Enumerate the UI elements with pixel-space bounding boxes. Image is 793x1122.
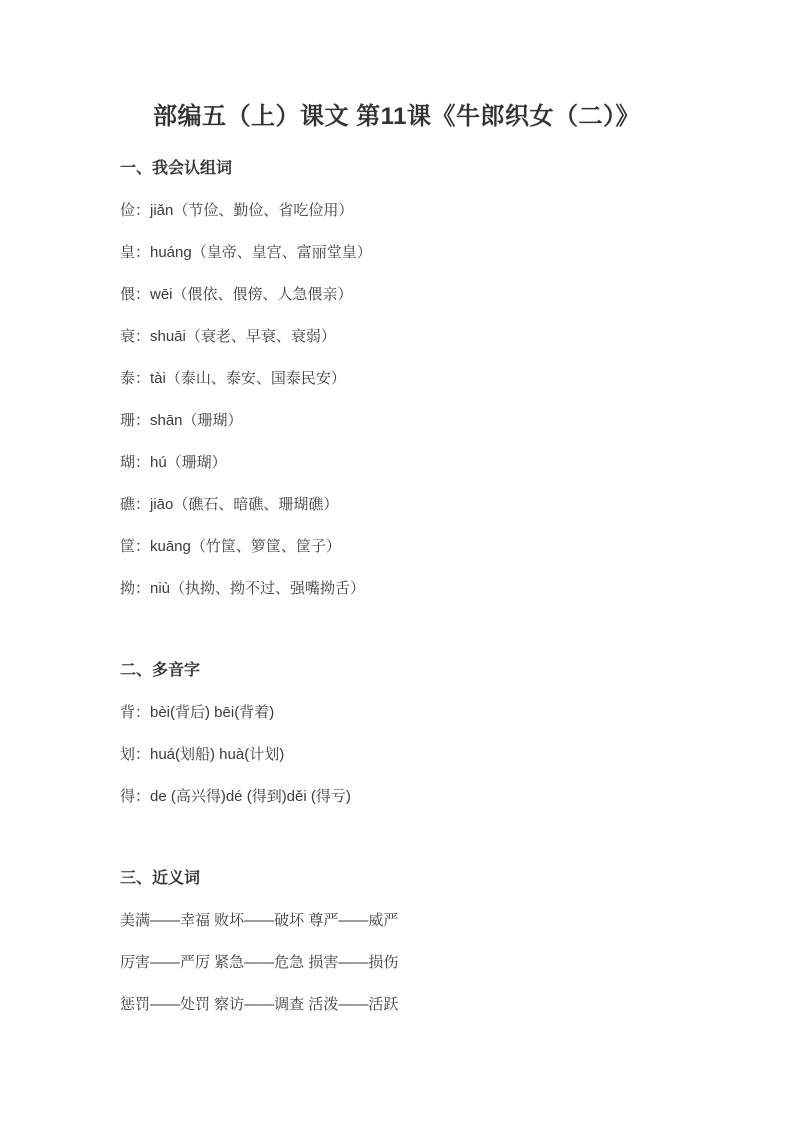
vocab-line: 瑚：hú（珊瑚） xyxy=(120,442,733,484)
synonym-line: 厉害——严厉 紧急——危急 损害——损伤 xyxy=(120,942,733,984)
section-recognize-words: 一、我会认组词 俭：jiǎn（节俭、勤俭、省吃俭用） 皇：huáng（皇帝、皇宫… xyxy=(0,148,793,610)
section-polyphonic-characters: 二、多音字 背：bèi(背后) bēi(背着) 划：huá(划船) huà(计划… xyxy=(0,650,793,818)
vocab-line: 珊：shān（珊瑚） xyxy=(120,400,733,442)
vocab-line: 拗：niù（执拗、拗不过、强嘴拗舌） xyxy=(120,568,733,610)
vocab-line: 衰：shuāi（衰老、早衰、衰弱） xyxy=(120,316,733,358)
polyphone-line: 背：bèi(背后) bēi(背着) xyxy=(120,692,733,734)
vocab-line: 偎：wēi（偎依、偎傍、人急偎亲） xyxy=(120,274,733,316)
polyphone-line: 划：huá(划船) huà(计划) xyxy=(120,734,733,776)
synonym-line: 惩罚——处罚 察访——调查 活泼——活跃 xyxy=(120,984,733,1026)
vocab-line: 俭：jiǎn（节俭、勤俭、省吃俭用） xyxy=(120,190,733,232)
section-heading-synonyms: 三、近义词 xyxy=(120,858,733,900)
document-title: 部编五（上）课文 第11课《牛郎织女（二）》 xyxy=(0,0,793,132)
vocab-line: 礁：jiāo（礁石、暗礁、珊瑚礁） xyxy=(120,484,733,526)
vocab-line: 皇：huáng（皇帝、皇宫、富丽堂皇） xyxy=(120,232,733,274)
polyphone-line: 得：de (高兴得)dé (得到)děi (得亏) xyxy=(120,776,733,818)
synonym-line: 美满——幸福 败坏——破坏 尊严——威严 xyxy=(120,900,733,942)
document-page: 部编五（上）课文 第11课《牛郎织女（二）》 一、我会认组词 俭：jiǎn（节俭… xyxy=(0,0,793,1122)
vocab-line: 泰：tài（泰山、泰安、国泰民安） xyxy=(120,358,733,400)
vocab-line: 筐：kuāng（竹筐、箩筐、筐子） xyxy=(120,526,733,568)
section-heading-polyphonic-characters: 二、多音字 xyxy=(120,650,733,692)
section-synonyms: 三、近义词 美满——幸福 败坏——破坏 尊严——威严 厉害——严厉 紧急——危急… xyxy=(0,858,793,1026)
section-heading-recognize-words: 一、我会认组词 xyxy=(120,148,733,190)
